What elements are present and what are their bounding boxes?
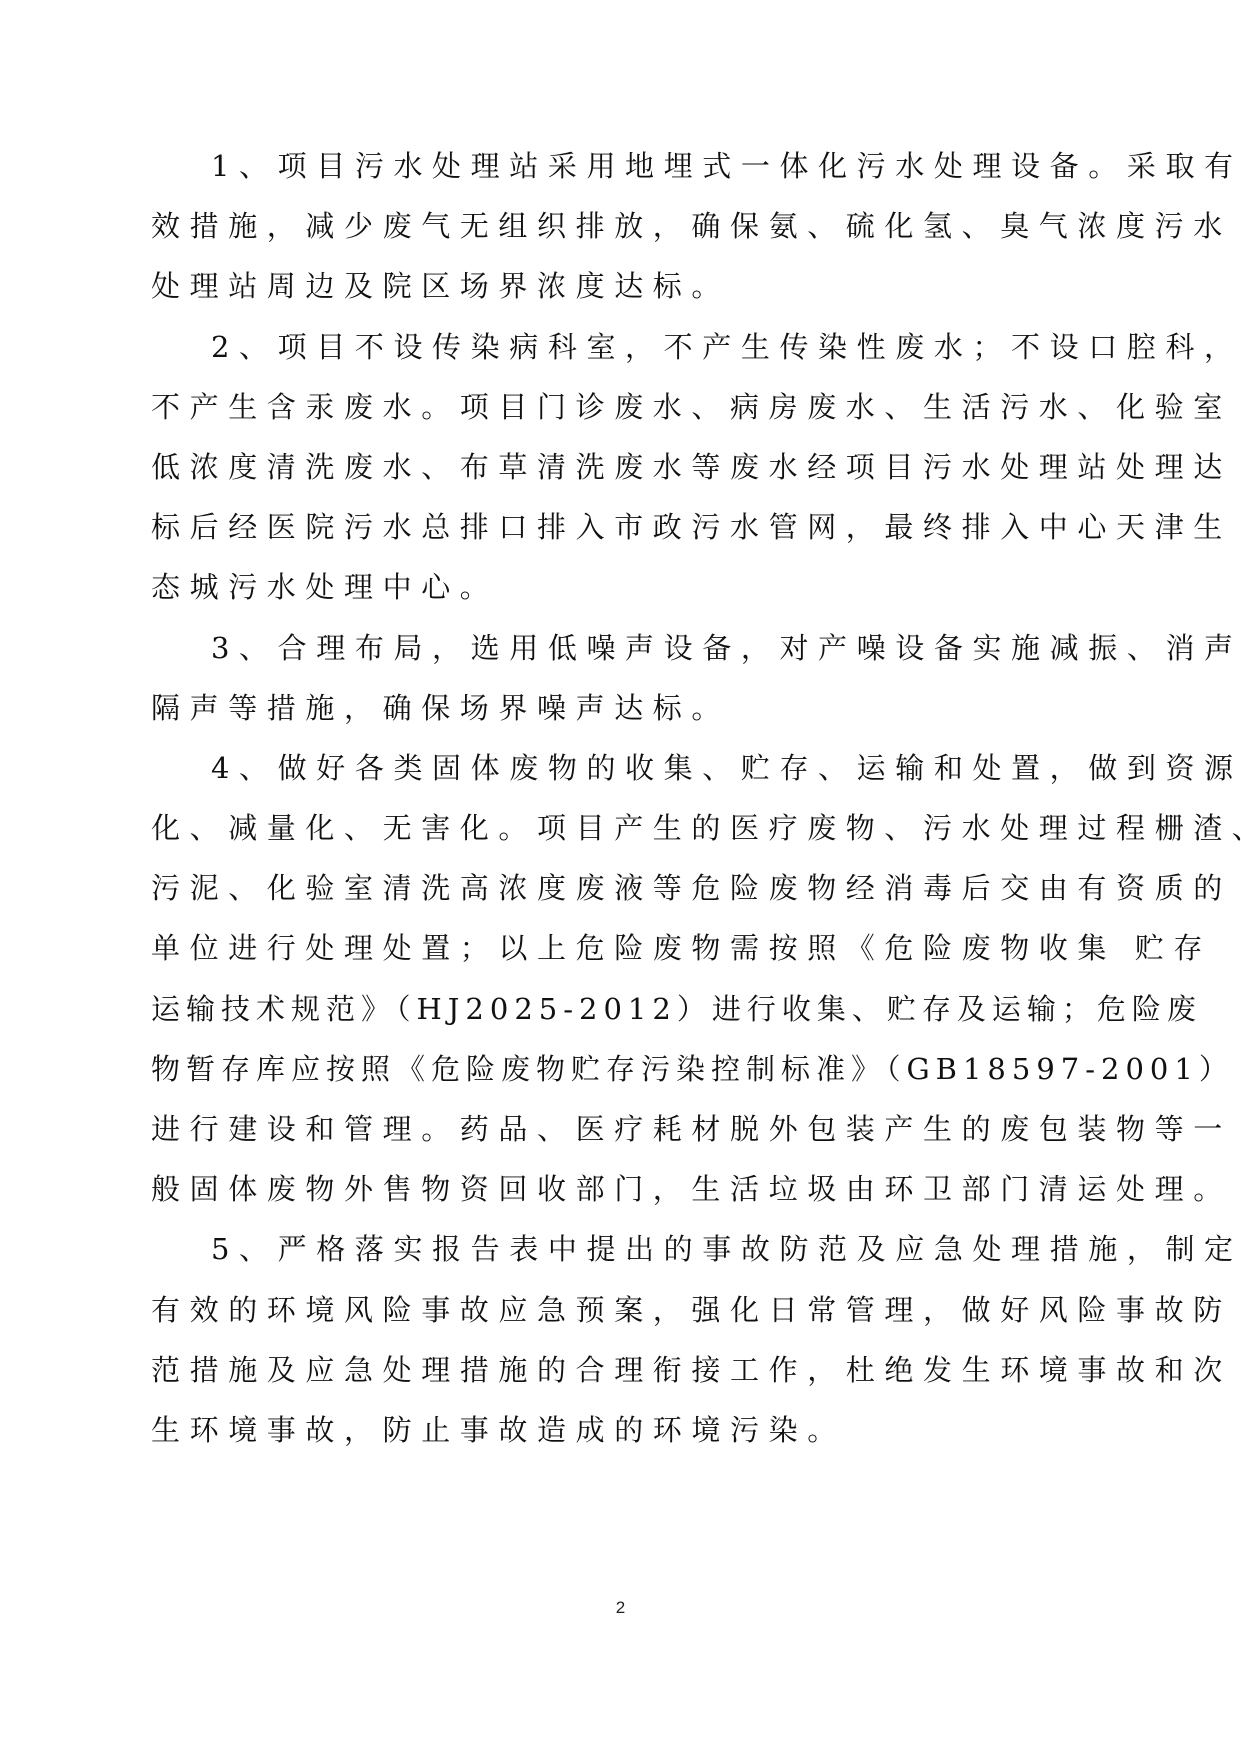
paragraph-5-line-4: 生环境事故，防止事故造成的环境污染。 — [151, 1400, 1091, 1460]
paragraph-2-line-3: 低浓度清洗废水、布草清洗废水等废水经项目污水处理站处理达 — [151, 437, 1091, 497]
paragraph-3-line-2: 隔声等措施，确保场界噪声达标。 — [151, 678, 1091, 738]
paragraph-4-line-1: 4、做好各类固体废物的收集、贮存、运输和处置，做到资源 — [151, 738, 1091, 798]
paragraph-1-line-3: 处理站周边及院区场界浓度达标。 — [151, 256, 1091, 316]
paragraph-2-line-1: 2、项目不设传染病科室，不产生传染性废水；不设口腔科， — [151, 317, 1091, 377]
paragraph-4-line-2: 化、减量化、无害化。项目产生的医疗废物、污水处理过程栅渣、 — [151, 798, 1091, 858]
paragraph-5-line-3: 范措施及应急处理措施的合理衔接工作，杜绝发生环境事故和次 — [151, 1340, 1091, 1400]
document-page: 1、项目污水处理站采用地埋式一体化污水处理设备。采取有 效措施，减少废气无组织排… — [0, 0, 1241, 1754]
paragraph-4-line-5: 运输技术规范》（HJ2025-2012）进行收集、贮存及运输；危险废 — [151, 979, 1091, 1039]
paragraph-5-line-2: 有效的环境风险事故应急预案，强化日常管理，做好风险事故防 — [151, 1280, 1091, 1340]
paragraph-2-line-5: 态城污水处理中心。 — [151, 557, 1091, 617]
page-number: 2 — [0, 1598, 1241, 1618]
paragraph-3-line-1: 3、合理布局，选用低噪声设备，对产噪设备实施减振、消声、 — [151, 618, 1091, 678]
paragraph-4-line-8: 般固体废物外售物资回收部门，生活垃圾由环卫部门清运处理。 — [151, 1159, 1091, 1219]
paragraph-4-line-3: 污泥、化验室清洗高浓度废液等危险废物经消毒后交由有资质的 — [151, 858, 1091, 918]
paragraph-1-line-1: 1、项目污水处理站采用地埋式一体化污水处理设备。采取有 — [151, 136, 1091, 196]
paragraph-4-line-7: 进行建设和管理。药品、医疗耗材脱外包装产生的废包装物等一 — [151, 1099, 1091, 1159]
paragraph-1-line-2: 效措施，减少废气无组织排放，确保氨、硫化氢、臭气浓度污水 — [151, 196, 1091, 256]
paragraph-5-line-1: 5、严格落实报告表中提出的事故防范及应急处理措施，制定 — [151, 1219, 1091, 1279]
paragraph-4-line-4: 单位进行处理处置；以上危险废物需按照《危险废物收集 贮存 — [151, 918, 1091, 978]
paragraph-2-line-2: 不产生含汞废水。项目门诊废水、病房废水、生活污水、化验室 — [151, 377, 1091, 437]
document-body: 1、项目污水处理站采用地埋式一体化污水处理设备。采取有 效措施，减少废气无组织排… — [151, 136, 1091, 1460]
paragraph-2-line-4: 标后经医院污水总排口排入市政污水管网，最终排入中心天津生 — [151, 497, 1091, 557]
paragraph-4-line-6: 物暂存库应按照《危险废物贮存污染控制标准》（GB18597-2001） — [151, 1039, 1091, 1099]
